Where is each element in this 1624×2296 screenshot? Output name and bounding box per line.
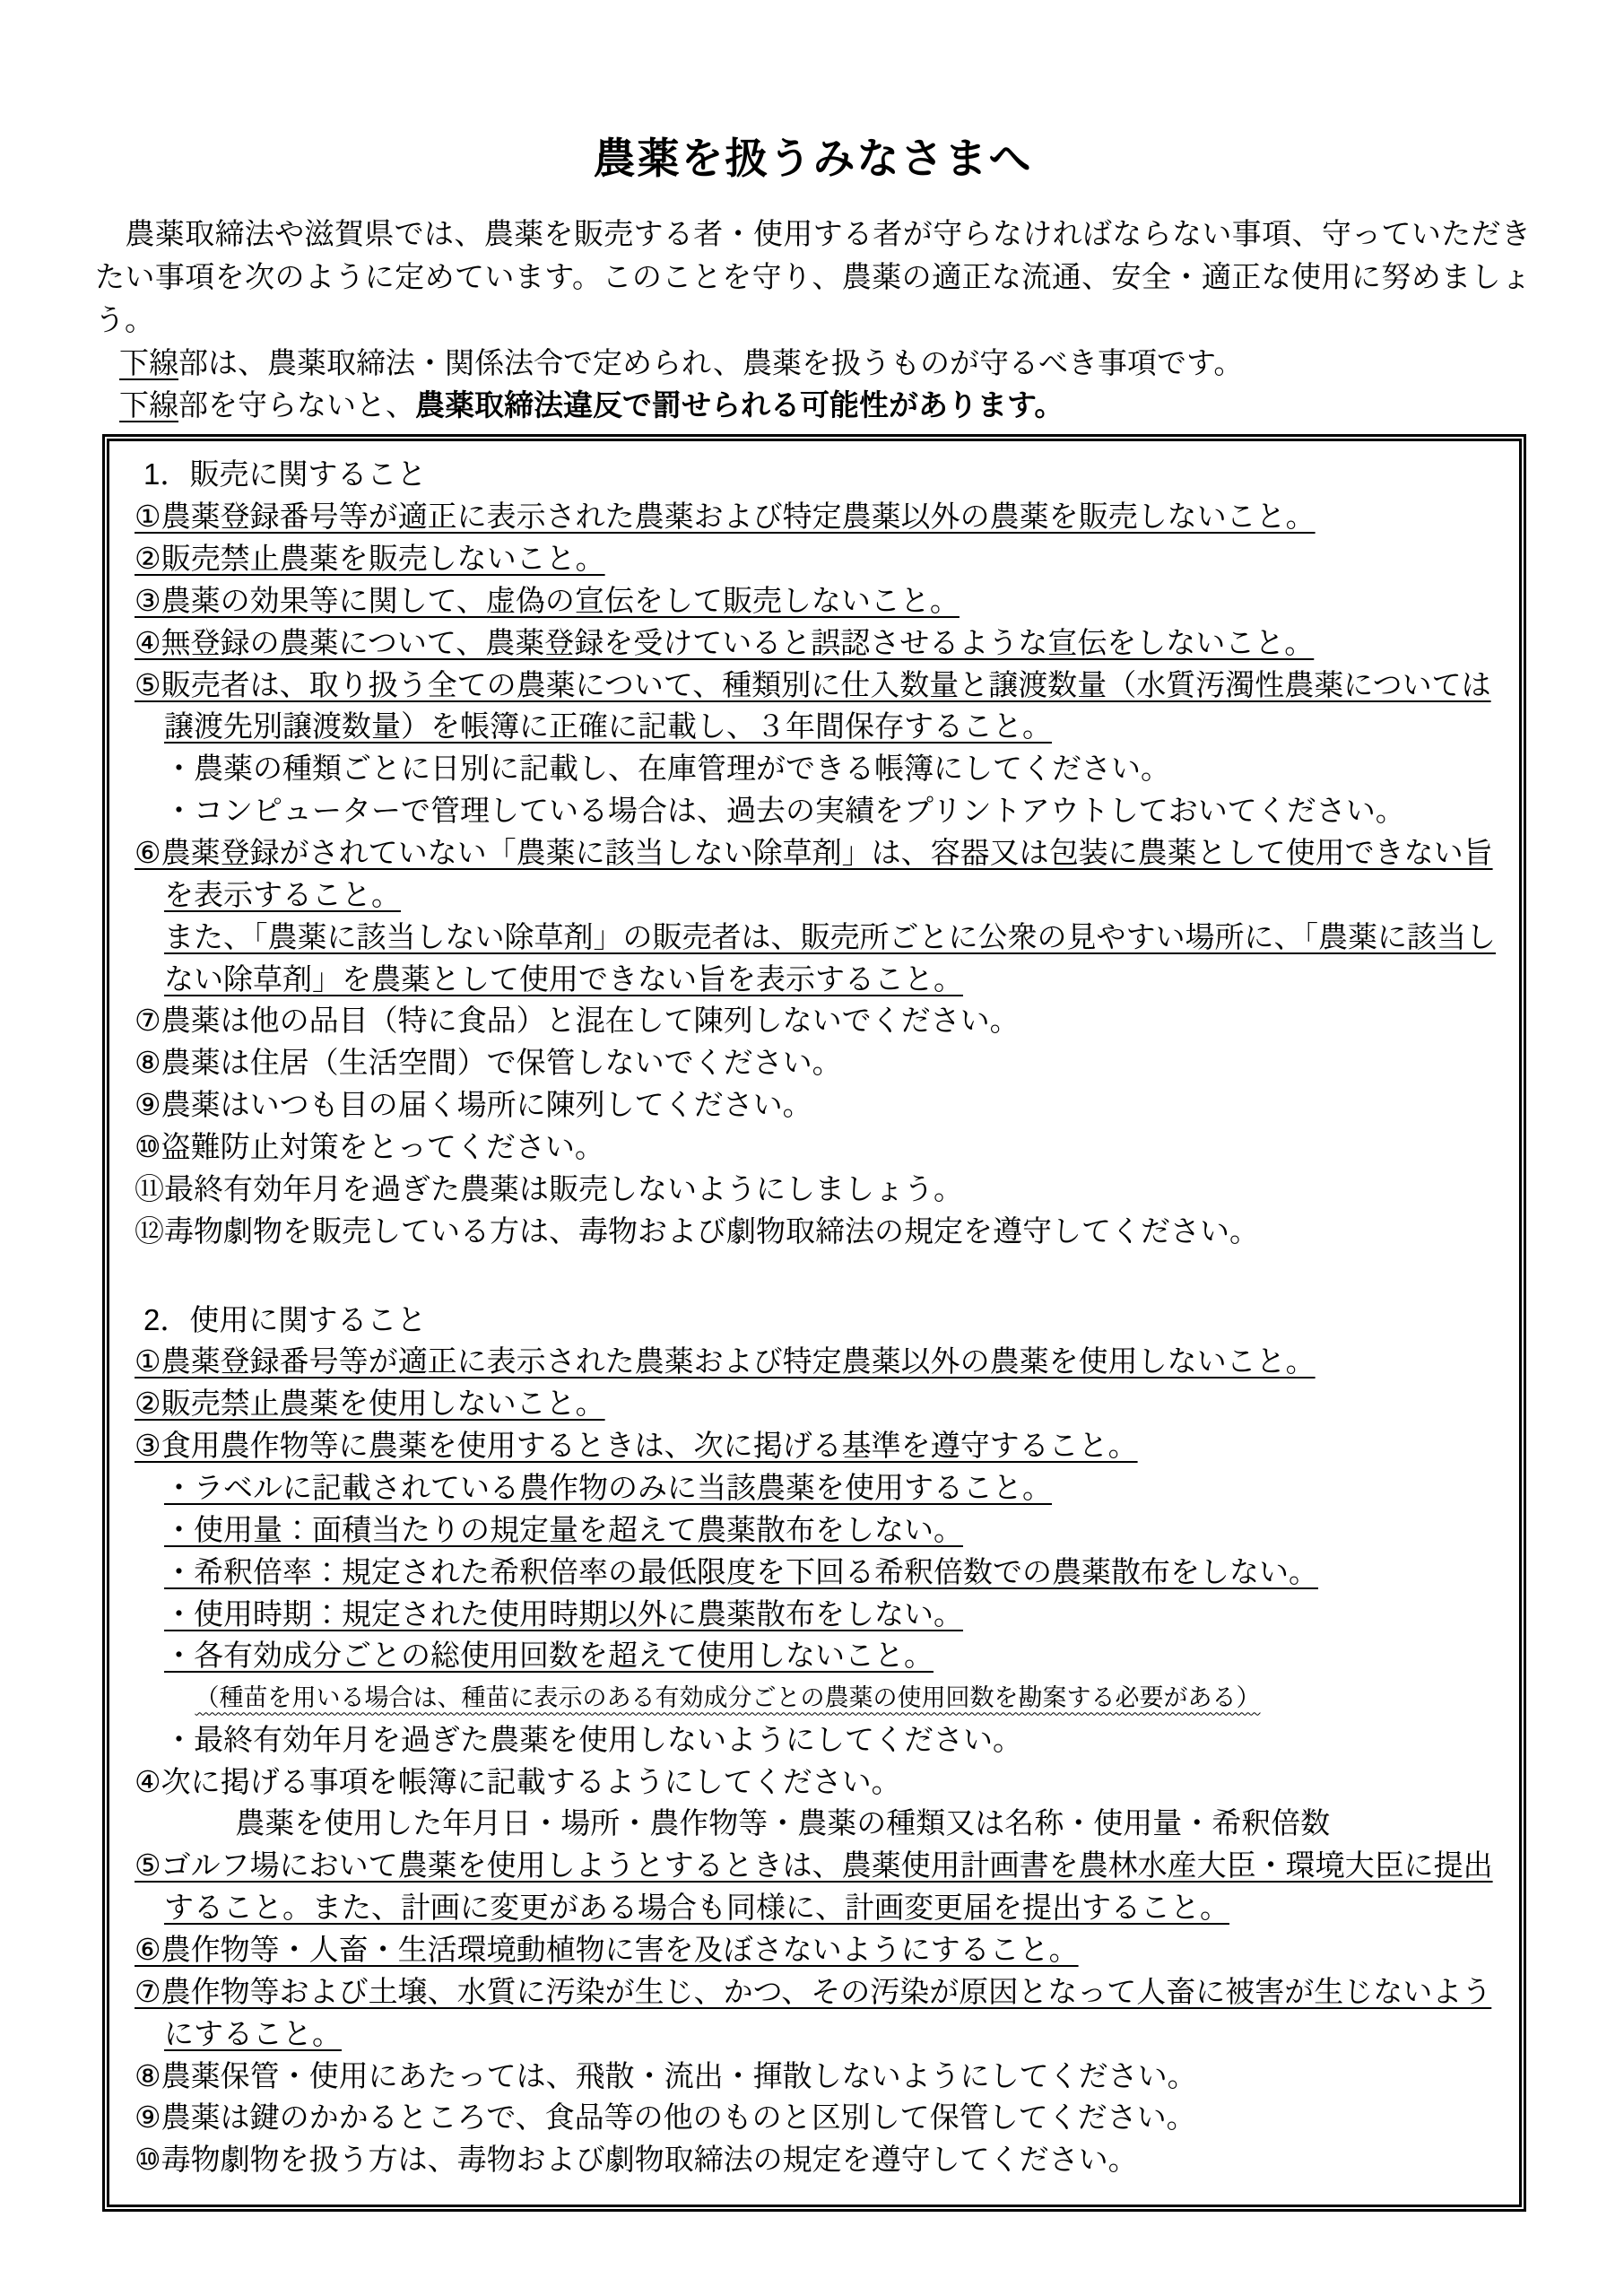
section-1: 1．販売に関すること①農薬登録番号等が適正に表示された農薬および特定農薬以外の農… [135,454,1496,1252]
rule-text: ⑫毒物劇物を販売している方は、毒物および劇物取締法の規定を遵守してください。 [135,1214,1259,1248]
rule-item: ①農薬登録番号等が適正に表示された農薬および特定農薬以外の農薬を販売しないこと。 [135,496,1496,538]
rule-item: ⑩毒物劇物を扱う方は、毒物および劇物取締法の規定を遵守してください。 [135,2139,1496,2181]
rule-item: （種苗を用いる場合は、種苗に表示のある有効成分ごとの農薬の使用回数を勘案する必要… [135,1677,1496,1718]
rule-item: ①農薬登録番号等が適正に表示された農薬および特定農薬以外の農薬を使用しないこと。 [135,1341,1496,1383]
rule-item: ⑧農薬保管・使用にあたっては、飛散・流出・揮散しないようにしてください。 [135,2056,1496,2098]
rule-item: ⑦農作物等および土壌、水質に汚染が生じ、かつ、その汚染が原因となって人畜に被害が… [135,1971,1496,2056]
rule-item: ⑪最終有効年月を過ぎた農薬は販売しないようにしましょう。 [135,1169,1496,1211]
rule-item: ⑤ゴルフ場において農薬を使用しようとするときは、農薬使用計画書を農林水産大臣・環… [135,1845,1496,1929]
rule-text: ・農薬の種類ごとに日別に記載し、在庫管理ができる帳簿にしてください。 [164,752,1170,785]
rule-item: ③農薬の効果等に関して、虚偽の宣伝をして販売しないこと。 [135,580,1496,622]
rule-item: ⑧農薬は住居（生活空間）で保管しないでください。 [135,1042,1496,1084]
rule-text: ③食用農作物等に農薬を使用するときは、次に掲げる基準を遵守すること。 [135,1429,1138,1462]
rule-text: ⑧農薬保管・使用にあたっては、飛散・流出・揮散しないようにしてください。 [135,2059,1197,2092]
rule-item: ④次に掲げる事項を帳簿に記載するようにしてください。 [135,1761,1496,1804]
note2-underlined-text: 下線 [119,388,178,422]
note-line-1: 下線部は、農薬取締法・関係法令で定められ、農薬を扱うものが守るべき事項です。 [95,342,1531,385]
rules-box: 1．販売に関すること①農薬登録番号等が適正に表示された農薬および特定農薬以外の農… [102,434,1526,2212]
rule-item: ⑤販売者は、取り扱う全ての農薬について、種類別に仕入数量と譲渡数量（水質汚濁性農… [135,665,1496,749]
rule-text: ②販売禁止農薬を使用しないこと。 [135,1387,605,1420]
rule-text: ・使用時期：規定された使用時期以外に農薬散布をしない。 [164,1597,963,1631]
note2-rest-text: 部を守らないと、 [178,388,415,422]
rule-item: ・最終有効年月を過ぎた農薬を使用しないようにしてください。 [135,1719,1496,1761]
rule-item: ・ラベルに記載されている農作物のみに当該農薬を使用すること。 [135,1467,1496,1509]
rule-item: ⑥農薬登録がされていない「農薬に該当しない除草剤」は、容器又は包装に農薬として使… [135,832,1496,917]
section-1-heading: 1．販売に関すること [135,454,1496,496]
rule-text: また、「農薬に該当しない除草剤」の販売者は、販売所ごとに公衆の見やすい場所に、「… [164,920,1496,996]
rule-text: ⑦農作物等および土壌、水質に汚染が生じ、かつ、その汚染が原因となって人畜に被害が… [135,1975,1491,2050]
rule-item: 農薬を使用した年月日・場所・農作物等・農薬の種類又は名称・使用量・希釈倍数 [135,1803,1496,1845]
rule-text: ・最終有効年月を過ぎた農薬を使用しないようにしてください。 [164,1723,1022,1756]
rule-item: また、「農薬に該当しない除草剤」の販売者は、販売所ごとに公衆の見やすい場所に、「… [135,917,1496,1001]
rule-item: ・コンピューターで管理している場合は、過去の実績をプリントアウトしておいてくださ… [135,790,1496,832]
rule-text: ⑥農作物等・人畜・生活環境動植物に害を及ぼさないようにすること。 [135,1933,1079,1966]
rule-text: ⑩毒物劇物を扱う方は、毒物および劇物取締法の規定を遵守してください。 [135,2143,1138,2176]
rule-item: ・使用時期：規定された使用時期以外に農薬散布をしない。 [135,1594,1496,1636]
rule-text: ・使用量：面積当たりの規定量を超えて農薬散布をしない。 [164,1513,963,1546]
note-line-2: 下線部を守らないと、農薬取締法違反で罰せられる可能性があります。 [95,384,1531,427]
intro-paragraph: 農薬取締法や滋賀県では、農薬を販売する者・使用する者が守らなければならない事項、… [95,213,1531,342]
rule-item: ④無登録の農薬について、農薬登録を受けていると誤認させるような宣伝をしないこと。 [135,622,1496,665]
document-page: 農薬を扱うみなさまへ 農薬取締法や滋賀県では、農薬を販売する者・使用する者が守ら… [0,0,1624,2296]
rule-text: ⑨農薬は鍵のかかるところで、食品等の他のものと区別して保管してください。 [135,2100,1196,2134]
note1-underlined-text: 下線 [119,346,178,379]
rule-text: ・ラベルに記載されている農作物のみに当該農薬を使用すること。 [164,1471,1052,1504]
rule-text: ・希釈倍率：規定された希釈倍率の最低限度を下回る希釈倍数での農薬散布をしない。 [164,1555,1318,1588]
rule-item: ・農薬の種類ごとに日別に記載し、在庫管理ができる帳簿にしてください。 [135,748,1496,790]
rule-text: ③農薬の効果等に関して、虚偽の宣伝をして販売しないこと。 [135,584,960,617]
rule-text: ⑥農薬登録がされていない「農薬に該当しない除草剤」は、容器又は包装に農薬として使… [135,836,1493,911]
rule-item: ・使用量：面積当たりの規定量を超えて農薬散布をしない。 [135,1509,1496,1552]
rule-text: ④無登録の農薬について、農薬登録を受けていると誤認させるような宣伝をしないこと。 [135,626,1314,659]
section-2: 2．使用に関すること①農薬登録番号等が適正に表示された農薬および特定農薬以外の農… [135,1300,1496,2182]
rule-text: ⑩盗難防止対策をとってください。 [135,1130,604,1163]
rule-item: ⑥農作物等・人畜・生活環境動植物に害を及ぼさないようにすること。 [135,1929,1496,1971]
rule-item: ②販売禁止農薬を使用しないこと。 [135,1383,1496,1425]
note1-rest-text: 部は、農薬取締法・関係法令で定められ、農薬を扱うものが守るべき事項です。 [178,346,1243,379]
rule-item: ・希釈倍率：規定された希釈倍率の最低限度を下回る希釈倍数での農薬散布をしない。 [135,1552,1496,1594]
page-title: 農薬を扱うみなさまへ [95,126,1531,186]
rule-text: ②販売禁止農薬を販売しないこと。 [135,542,605,575]
rule-text: （種苗を用いる場合は、種苗に表示のある有効成分ごとの農薬の使用回数を勘案する必要… [195,1684,1261,1711]
rule-text: ①農薬登録番号等が適正に表示された農薬および特定農薬以外の農薬を使用しないこと。 [135,1344,1316,1378]
rule-item: ⑩盗難防止対策をとってください。 [135,1126,1496,1169]
rule-text: ⑧農薬は住居（生活空間）で保管しないでください。 [135,1046,842,1079]
rule-item: ⑨農薬はいつも目の届く場所に陳列してください。 [135,1084,1496,1126]
rule-text: ⑨農薬はいつも目の届く場所に陳列してください。 [135,1088,812,1121]
note2-warning-text: 農薬取締法違反で罰せられる可能性があります。 [415,388,1064,422]
rule-text: ・コンピューターで管理している場合は、過去の実績をプリントアウトしておいてくださ… [164,794,1405,827]
rule-text: ⑤販売者は、取り扱う全ての農薬について、種類別に仕入数量と譲渡数量（水質汚濁性農… [135,668,1491,744]
section-2-heading: 2．使用に関すること [135,1300,1496,1342]
rule-item: ⑨農薬は鍵のかかるところで、食品等の他のものと区別して保管してください。 [135,2097,1496,2139]
rule-item: ・各有効成分ごとの総使用回数を超えて使用しないこと。 [135,1635,1496,1677]
rule-item: ⑫毒物劇物を販売している方は、毒物および劇物取締法の規定を遵守してください。 [135,1211,1496,1253]
rule-text: 農薬を使用した年月日・場所・農作物等・農薬の種類又は名称・使用量・希釈倍数 [235,1806,1330,1839]
rule-text: ⑦農薬は他の品目（特に食品）と混在して陳列しないでください。 [135,1004,1020,1037]
rule-text: ④次に掲げる事項を帳簿に記載するようにしてください。 [135,1765,901,1798]
rule-item: ③食用農作物等に農薬を使用するときは、次に掲げる基準を遵守すること。 [135,1425,1496,1467]
rule-item: ②販売禁止農薬を販売しないこと。 [135,538,1496,580]
rule-text: ①農薬登録番号等が適正に表示された農薬および特定農薬以外の農薬を販売しないこと。 [135,500,1316,533]
rule-text: ・各有効成分ごとの総使用回数を超えて使用しないこと。 [164,1639,934,1672]
rule-item: ⑦農薬は他の品目（特に食品）と混在して陳列しないでください。 [135,1000,1496,1042]
rule-text: ⑤ゴルフ場において農薬を使用しようとするときは、農薬使用計画書を農林水産大臣・環… [135,1848,1493,1924]
rule-text: ⑪最終有効年月を過ぎた農薬は販売しないようにしましょう。 [135,1172,963,1205]
